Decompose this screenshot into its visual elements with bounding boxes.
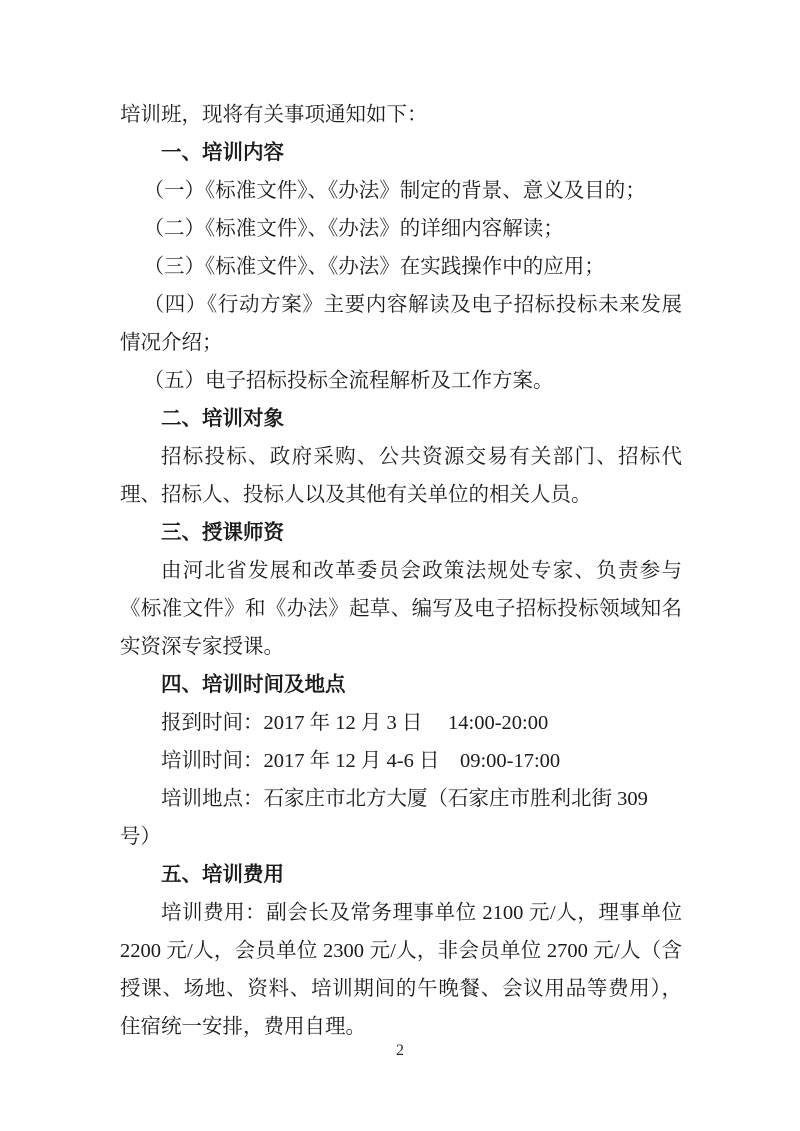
section-1-item-2: （二）《标准文件》、《办法》的详细内容解读； bbox=[120, 210, 682, 248]
section-2-paragraph: 招标投标、政府采购、公共资源交易有关部门、招标代理、招标人、投标人以及其他有关单… bbox=[120, 438, 682, 514]
section-1-item-3: （三）《标准文件》、《办法》在实践操作中的应用； bbox=[120, 248, 682, 286]
document-body: 培训班，现将有关事项通知如下： 一、培训内容 （一）《标准文件》、《办法》制定的… bbox=[120, 96, 682, 1046]
section-3-heading: 三、授课师资 bbox=[120, 514, 682, 552]
section-1-heading: 一、培训内容 bbox=[120, 134, 682, 172]
section-2-heading: 二、培训对象 bbox=[120, 400, 682, 438]
intro-paragraph: 培训班，现将有关事项通知如下： bbox=[120, 96, 682, 134]
training-time-line: 培训时间：2017 年 12 月 4-6 日 09:00-17:00 bbox=[120, 742, 682, 780]
section-1-item-5: （五）电子招标投标全流程解析及工作方案。 bbox=[120, 362, 682, 400]
section-5-heading: 五、培训费用 bbox=[120, 856, 682, 894]
section-4-heading: 四、培训时间及地点 bbox=[120, 666, 682, 704]
registration-time-line: 报到时间：2017 年 12 月 3 日 14:00-20:00 bbox=[120, 704, 682, 742]
page-number: 2 bbox=[0, 1040, 800, 1062]
training-location-line: 培训地点：石家庄市北方大厦（石家庄市胜利北街 309 号） bbox=[120, 780, 682, 856]
section-1-item-4: （四）《行动方案》主要内容解读及电子招标投标未来发展情况介绍； bbox=[120, 286, 682, 362]
document-page: 培训班，现将有关事项通知如下： 一、培训内容 （一）《标准文件》、《办法》制定的… bbox=[0, 0, 800, 1131]
section-5-paragraph: 培训费用：副会长及常务理事单位 2100 元/人，理事单位 2200 元/人，会… bbox=[120, 894, 682, 1046]
section-3-paragraph: 由河北省发展和改革委员会政策法规处专家、负责参与《标准文件》和《办法》起草、编写… bbox=[120, 552, 682, 666]
section-1-item-1: （一）《标准文件》、《办法》制定的背景、意义及目的； bbox=[120, 172, 682, 210]
